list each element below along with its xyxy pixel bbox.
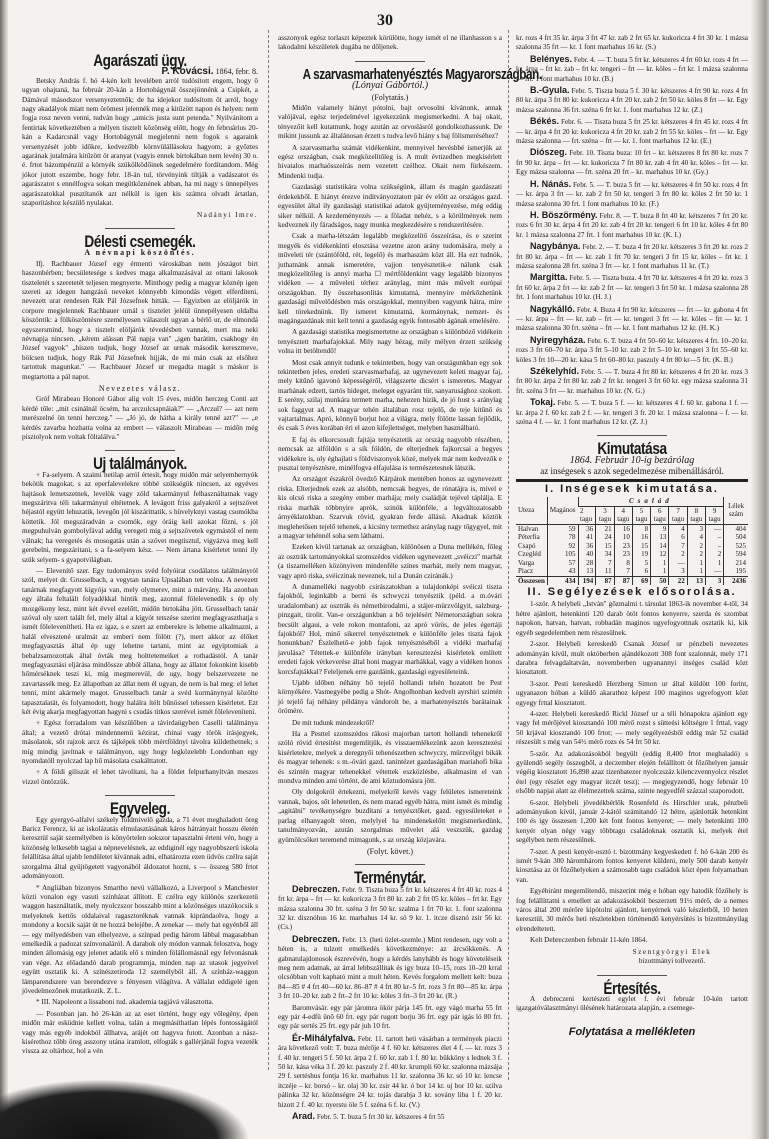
table-row: Péterfia78412410161364–504 bbox=[516, 533, 748, 542]
article-title: Kimutatása bbox=[539, 444, 725, 453]
city-name: Tokaj. bbox=[530, 397, 555, 407]
cell-family: 1 bbox=[687, 559, 705, 568]
market-report-entry: Margitta. Febr. 5. — Tiszta buza. 4 frt … bbox=[516, 273, 748, 302]
market-report-entry: Diószeg. Febr. 10. Tiszta buza: 10 frt –… bbox=[516, 148, 748, 177]
paragraph: Midőn valamely hiányt pótolni, bajt orvo… bbox=[278, 104, 502, 142]
article-title: Uj találmányok. bbox=[46, 459, 235, 468]
table-row: Csapó92361523151472–525 bbox=[516, 542, 748, 551]
cell-family: 3 bbox=[705, 576, 723, 585]
paragraph: Az országot északról övedző Kárpátok men… bbox=[278, 475, 502, 541]
cell-family: 3 bbox=[687, 524, 705, 533]
cell-street: Péterfia bbox=[516, 533, 547, 542]
cell-family: 87 bbox=[596, 576, 614, 585]
paragraph: + A földi giliszát el lehet távolítani, … bbox=[22, 768, 258, 787]
market-report-entry: Székelyhíd. Febr. 5. — T. buza 4 frt 80 … bbox=[516, 367, 748, 396]
market-report-entry: Nagykálló. Febr. 4. Buza 4 frt 90 kr. ké… bbox=[516, 305, 748, 334]
header-street: Uteza bbox=[516, 497, 547, 524]
cell-family: 13 bbox=[578, 567, 596, 576]
city-name: Nagykálló. bbox=[530, 304, 575, 314]
article-body: Betsky András f. hó 4-kén kelt levelében… bbox=[22, 77, 258, 209]
article-kimutatas: Kimutatása 1864. Február 10-ig bezárólag… bbox=[516, 444, 748, 966]
column-3: kr. rozs 4 frt 35 kr. árpa 3 frt 47 kr. … bbox=[516, 34, 748, 1037]
cell-single: 59 bbox=[547, 524, 578, 533]
cell-family: 2 bbox=[669, 550, 687, 559]
paragraph: 6-szor. Helybeli jövedékbérlők Rosenfeld… bbox=[516, 799, 748, 846]
market-reports: kr. rozs 4 frt 35 kr. árpa 3 frt 47 kr. … bbox=[516, 34, 748, 427]
city-name: Ér-Mihályfalva. bbox=[292, 1033, 356, 1043]
separator bbox=[597, 975, 667, 976]
cell-family: 50 bbox=[651, 576, 669, 585]
cell-family: 28 bbox=[578, 559, 596, 568]
cell-family: 69 bbox=[632, 576, 650, 585]
cell-family: – bbox=[705, 542, 723, 551]
cell-family: 4 bbox=[687, 533, 705, 542]
paragraph: — Elevenítő szer. Egy tudományos svéd fo… bbox=[22, 567, 258, 718]
paragraph: Oly dolgokról értekezni, melyekről kevés… bbox=[278, 788, 502, 844]
cell-family: 8 bbox=[614, 559, 632, 568]
cell-total: 214 bbox=[724, 559, 748, 568]
city-name: Debreczen. bbox=[292, 884, 340, 894]
paragraph: + Egész forradalom van készülőben a távi… bbox=[22, 719, 258, 766]
signature: Nadányi Imre. bbox=[22, 211, 258, 220]
separator bbox=[597, 435, 667, 436]
relief-list: 1-ször. A helybeli „István" gőzmalmi t. … bbox=[516, 600, 748, 934]
cell-family: 1 bbox=[651, 567, 669, 576]
market-report-entry: Nyiregyháza. Febr. 6. T. buza 4 frt 50–6… bbox=[516, 336, 748, 365]
cell-street: Halvan bbox=[516, 524, 547, 533]
article-title: A szarvasmarhatenyésztés Magyarországban… bbox=[303, 70, 478, 79]
paragraph: 3-szor. Pesti kereskedő Herzberg Simon u… bbox=[516, 680, 748, 708]
paragraph: Ezeken kívül tartanak az országban, külö… bbox=[278, 543, 502, 581]
city-name: H. Nánás. bbox=[530, 179, 571, 189]
article-title: Terménytár. bbox=[300, 873, 479, 882]
article-talalmanyok: Uj találmányok. + Fa-selyem. A szaimi he… bbox=[22, 459, 258, 787]
cell-family: 15 bbox=[632, 542, 650, 551]
city-name: Belényes. bbox=[530, 54, 572, 64]
city-name: Diószeg. bbox=[530, 147, 567, 157]
cell-family: 4 bbox=[669, 524, 687, 533]
header-family: Család bbox=[578, 497, 724, 506]
article-csemegek: Délesti csemegék. A névnapi köszöntés. I… bbox=[22, 237, 258, 443]
page-number: 30 bbox=[370, 12, 400, 30]
cell-family: 1 bbox=[705, 559, 723, 568]
report-text: Febr. 5. T. buza 5 frt 30 kr. kétszeres … bbox=[317, 1113, 445, 1121]
cell-family: 19 bbox=[632, 550, 650, 559]
table-total-row: Összesen43419487876950221332436 bbox=[516, 576, 748, 585]
cell-family: 6 bbox=[669, 533, 687, 542]
paragraph: Egyébiránt megemlítendő, miszerint még e… bbox=[516, 887, 748, 934]
market-reports: Debreczen. Febr. 9. Tiszta buza 5 frt kr… bbox=[278, 885, 502, 1123]
header-family-size: 3 tagu bbox=[596, 506, 614, 524]
header-single: Magános bbox=[547, 497, 578, 524]
scanner-thumb-shadow bbox=[0, 1079, 250, 1139]
article-body: Midőn valamely hiányt pótolni, bajt orvo… bbox=[278, 104, 502, 845]
cell-family: 13 bbox=[651, 533, 669, 542]
separator bbox=[105, 450, 175, 451]
cell-family: 1 bbox=[651, 559, 669, 568]
cell-street: Piacz bbox=[516, 567, 547, 576]
paragraph: 2-szor. Helybeli kereskedő Csanak József… bbox=[516, 640, 748, 678]
paragraph: 4-szer. Helybeli kereskedő Rickl József … bbox=[516, 710, 748, 748]
cell-street: Varga bbox=[516, 559, 547, 568]
cell-single: 78 bbox=[547, 533, 578, 542]
cell-family: 40 bbox=[578, 550, 596, 559]
article-title: Délesti csemegék. bbox=[46, 237, 235, 246]
cell-family: 11 bbox=[596, 567, 614, 576]
article-agaraszat: Agarászati ügy. P. Kovácsi. 1864, febr. … bbox=[22, 56, 258, 220]
paragraph: + Fa-selyem. A szaimi hetilap arról érte… bbox=[22, 471, 258, 565]
table-row: Halvan593621168943—404 bbox=[516, 524, 748, 533]
paragraph: * Angliában bizonyos Smartho nevü vállal… bbox=[22, 884, 258, 997]
market-report-entry: H. Böszörmény. Febr. 8. — T. buza 8 frt … bbox=[516, 211, 748, 240]
market-report-entry: Debreczen. Febr. 13. (heti üzlet-szemle.… bbox=[278, 935, 502, 1002]
market-report-entry: Békés. Febr. 6. — Tiszta buza 5 frt 25 k… bbox=[516, 117, 748, 146]
cell-single: 57 bbox=[547, 559, 578, 568]
paragraph: Ha a Pesttel szomszédos rákosi majorban … bbox=[278, 730, 502, 786]
table-row: Czegléd1054034231912222594 bbox=[516, 550, 748, 559]
cell-total: 2436 bbox=[724, 576, 748, 585]
paragraph: Gazdasági statistikára volna szükségünk,… bbox=[278, 183, 502, 230]
cell-family: 15 bbox=[596, 542, 614, 551]
cell-family: 34 bbox=[596, 550, 614, 559]
cell-family: — bbox=[669, 559, 687, 568]
cell-family: 7 bbox=[669, 542, 687, 551]
column-2: asszonyok egész torlaszt képeztek körülö… bbox=[278, 34, 502, 1124]
cell-family: 16 bbox=[614, 524, 632, 533]
header-family-size: 5 tagu bbox=[632, 506, 650, 524]
cell-family: 23 bbox=[614, 550, 632, 559]
city-name: Békés. bbox=[530, 116, 559, 126]
city-name: Margitta. bbox=[530, 272, 568, 282]
city-name: Nagybánya. bbox=[530, 241, 581, 251]
article-subtitle: az inségesek s azok segedelmezése mibená… bbox=[516, 467, 748, 476]
market-report-entry: kr. rozs 4 frt 35 kr. árpa 3 frt 47 kr. … bbox=[516, 34, 748, 53]
signer-title: bizottmányi tollvezető. bbox=[516, 957, 748, 966]
cell-family: 14 bbox=[651, 542, 669, 551]
cell-total: 504 bbox=[724, 533, 748, 542]
paragraph: A debreczeni kertészeti egylet f. évi fe… bbox=[516, 995, 748, 1014]
article-title: Egyveleg. bbox=[46, 804, 235, 813]
cell-street: Czegléd bbox=[516, 550, 547, 559]
market-report-entry: H. Nánás. Febr. 5. — T. buza 5 frt — kr.… bbox=[516, 180, 748, 209]
article-ertesites: Értesítés. A debreczeni kertészeti egyle… bbox=[516, 984, 748, 1014]
city-name: B.-Gyula. bbox=[530, 85, 570, 95]
column-1: Agarászati ügy. P. Kovácsi. 1864, febr. … bbox=[22, 50, 258, 1059]
article-title: Értesítés. bbox=[539, 984, 725, 993]
market-report-entry: Belényes. Febr. 4. — T. buza 5 frt kr. k… bbox=[516, 55, 748, 84]
needy-table: Uteza Magános Család Lélek szám 2 tagu3 … bbox=[516, 497, 748, 585]
paragraph: Egy gyergyó-alfalvi székely földmivelő g… bbox=[22, 816, 258, 882]
cell-single: 92 bbox=[547, 542, 578, 551]
cell-street: Csapó bbox=[516, 542, 547, 551]
cell-family: 7 bbox=[614, 567, 632, 576]
cell-family: 22 bbox=[669, 576, 687, 585]
report-text: Febr. 13. (heti üzlet-szemle.) Mint rend… bbox=[278, 936, 502, 1000]
article-subtitle: Nevezetes válasz. bbox=[22, 384, 258, 393]
paragraph: 7-szer. A pesti kenyér-osztó t. bizottmá… bbox=[516, 848, 748, 886]
cell-family: 24 bbox=[596, 533, 614, 542]
cell-family: 36 bbox=[578, 524, 596, 533]
market-report-entry: Debreczen. Febr. 9. Tiszta buza 5 frt kr… bbox=[278, 885, 502, 933]
cell-family: – bbox=[705, 533, 723, 542]
separator bbox=[355, 864, 425, 865]
cell-family: 36 bbox=[578, 542, 596, 551]
cell-family: 10 bbox=[614, 533, 632, 542]
cell-family: 3 bbox=[669, 567, 687, 576]
city-name: Nyiregyháza. bbox=[530, 335, 586, 345]
cell-single: 434 bbox=[547, 576, 578, 585]
cell-family: 5 bbox=[632, 559, 650, 568]
market-report-entry: Arad. Febr. 5. T. buza 5 frt 30 kr. kéts… bbox=[278, 1112, 502, 1122]
header-total: Lélek szám bbox=[724, 497, 748, 524]
cell-total: 594 bbox=[724, 550, 748, 559]
page-right-edge bbox=[751, 0, 769, 1139]
report-text: Baromvásár. egy pár járomra ökör párja 1… bbox=[278, 1004, 502, 1031]
paragraph: A szarvasmarha számát vidékenkint, menny… bbox=[278, 144, 502, 182]
cell-total: 404 bbox=[724, 524, 748, 533]
column-divider-2 bbox=[508, 30, 509, 1080]
cell-family: 6 bbox=[632, 567, 650, 576]
report-text: Febr. 11. tartott heti vásárban a termén… bbox=[278, 1035, 502, 1109]
cell-total: 525 bbox=[724, 542, 748, 551]
paragraph: Most csak annyit tudunk e tekintetben, h… bbox=[278, 359, 502, 434]
signer: Szentgyörgyi Elek bbox=[516, 948, 748, 957]
article-body: Gróf Mirabeau Honoré Gábor alig volt 15 … bbox=[22, 395, 258, 442]
cell-family: 7 bbox=[596, 559, 614, 568]
cell-family: 9 bbox=[651, 524, 669, 533]
section-heading: I. Inségesek kimutatása. bbox=[516, 485, 748, 494]
date: 1864, febr. 8. bbox=[216, 67, 258, 76]
cell-family: 23 bbox=[614, 542, 632, 551]
cell-family: 13 bbox=[687, 576, 705, 585]
paragraph: A dunamelléki nagyobb csirászatokban a t… bbox=[278, 583, 502, 677]
separator bbox=[355, 61, 425, 62]
thick-rule bbox=[516, 479, 748, 482]
market-report-entry: Tokaj. Febr. 5. — T. buza 5 f. — kr. két… bbox=[516, 398, 748, 427]
cell-total: 195 bbox=[724, 567, 748, 576]
continued-on-supplement: Folytatása a mellékleten bbox=[516, 1028, 748, 1037]
paragraph: — Posonban jan. hó 26-kán az az eset tör… bbox=[22, 1010, 258, 1057]
cell-family: 16 bbox=[632, 533, 650, 542]
header-family-size: 7 tagu bbox=[669, 506, 687, 524]
dated-line: Kelt Debreczenben február 11-kén 1864. bbox=[516, 936, 748, 945]
city-name: Székelyhíd. bbox=[530, 366, 579, 376]
city-name: Arad. bbox=[292, 1111, 315, 1121]
market-report-entry: Ér-Mihályfalva. Febr. 11. tartott heti v… bbox=[278, 1034, 502, 1110]
paragraph: E faj és elkorcsosult fajtája tenyésztet… bbox=[278, 436, 502, 474]
header-family-size: 9 tagu bbox=[705, 506, 723, 524]
cell-street: Összesen bbox=[516, 576, 547, 585]
paragraph: Csak a marha-létszám legalább megközelít… bbox=[278, 232, 502, 326]
continued-text: asszonyok egész torlaszt képeztek körülö… bbox=[278, 34, 502, 53]
report-text: kr. rozs 4 frt 35 kr. árpa 3 frt 47 kr. … bbox=[516, 34, 748, 51]
cell-family: — bbox=[705, 524, 723, 533]
cell-single: 105 bbox=[547, 550, 578, 559]
market-report-entry: Nagybánya. Febr. 2. — T. buza 4 frt 20 k… bbox=[516, 242, 748, 271]
cell-family: 12 bbox=[651, 550, 669, 559]
paragraph: De mit tudunk mindezekről? bbox=[278, 719, 502, 728]
cell-family: 41 bbox=[578, 533, 596, 542]
header-family-size: 4 tagu bbox=[614, 506, 632, 524]
cell-family: 21 bbox=[596, 524, 614, 533]
paragraph: Ujabb időben néhány bő tejelő hollandi t… bbox=[278, 679, 502, 717]
table-row: Varga57287851—11214 bbox=[516, 559, 748, 568]
to-be-continued: (Folyt. követ.) bbox=[278, 847, 502, 856]
article-szarvasmarha: A szarvasmarhatenyésztés Magyarországban… bbox=[278, 70, 502, 857]
section-heading: II. Segélyezések elősorolása. bbox=[516, 588, 748, 597]
continuation-label: (Folytatás.) bbox=[278, 93, 502, 102]
article-body: Ifj. Rachbauer József egy érmenti városk… bbox=[22, 260, 258, 382]
page-binding-shadow bbox=[0, 0, 8, 1139]
header-family-size: 6 tagu bbox=[651, 506, 669, 524]
separator bbox=[105, 795, 175, 796]
cell-family: 2 bbox=[705, 550, 723, 559]
paragraph: 1-ször. A helybeli „István" gőzmalmi t. … bbox=[516, 600, 748, 638]
city-name: H. Böszörmény. bbox=[530, 210, 598, 220]
city-name: Debreczen. bbox=[292, 934, 340, 944]
article-title: Agarászati ügy. bbox=[46, 56, 235, 65]
paragraph: A gazdasági statistika megismertetne az … bbox=[278, 328, 502, 356]
cell-family: 87 bbox=[614, 576, 632, 585]
separator bbox=[105, 228, 175, 229]
paragraph: 5-ször. Az adakozásokból begyült (eddig … bbox=[516, 750, 748, 797]
article-egyveleg: Egyveleg. Egy gyergyó-alfalvi székely fö… bbox=[22, 804, 258, 1057]
article-termenytar: Terménytár. Debreczen. Febr. 9. Tiszta b… bbox=[278, 873, 502, 1122]
cell-family: 2 bbox=[687, 550, 705, 559]
market-report-entry: B.-Gyula. Febr. 5. Tiszta buza 5 f. 30 k… bbox=[516, 86, 748, 115]
cell-family: 194 bbox=[578, 576, 596, 585]
cell-family: — bbox=[705, 567, 723, 576]
cell-family: 1 bbox=[687, 567, 705, 576]
cell-family: 2 bbox=[687, 542, 705, 551]
market-report-entry: Baromvásár. egy pár járomra ökör párja 1… bbox=[278, 1004, 502, 1032]
paragraph: * III. Napoleont a lissaboni tud. akadem… bbox=[22, 998, 258, 1007]
header-family-size: 8 tagu bbox=[687, 506, 705, 524]
table-row: Piacz43131176131—195 bbox=[516, 567, 748, 576]
cell-family: 8 bbox=[632, 524, 650, 533]
header-family-size: 2 tagu bbox=[578, 506, 596, 524]
column-divider-1 bbox=[268, 30, 269, 1070]
cell-single: 43 bbox=[547, 567, 578, 576]
